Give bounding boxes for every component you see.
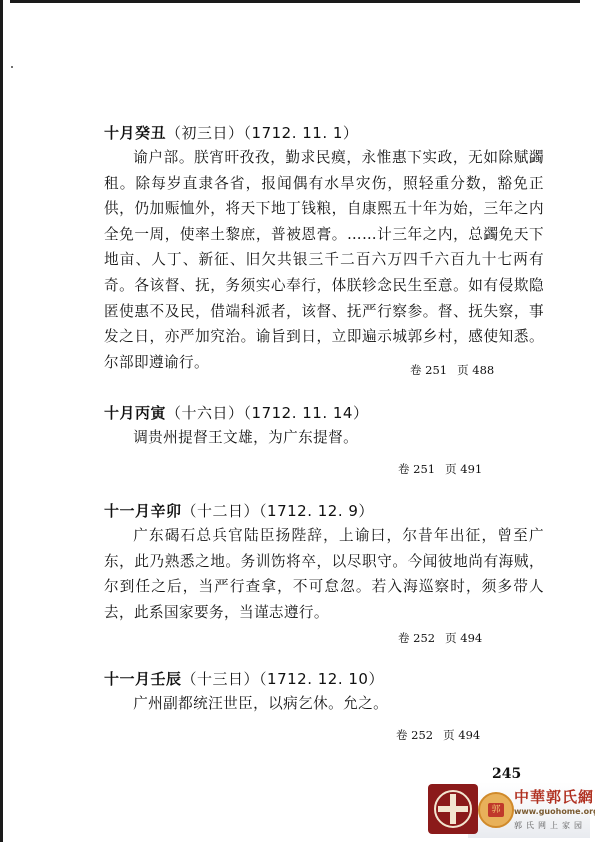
citation-page: 页 488 <box>457 363 494 377</box>
entry-text: 广州副都统汪世臣，以病乞休。允之。 <box>104 691 544 717</box>
entry-title: 十一月壬辰 <box>104 670 182 688</box>
scan-speck <box>11 66 13 68</box>
entry-gregorian-date: （1712. 12. 9） <box>259 502 374 520</box>
entry-lunar-day: （初三日） <box>166 124 244 142</box>
watermark-slogan: 郭氏网上家园 <box>514 820 586 831</box>
watermark-url: www.guohome.org <box>514 807 595 816</box>
entry-title: 十月丙寅 <box>104 404 166 422</box>
entry-title: 十月癸丑 <box>104 124 166 142</box>
entry-body-4: 广州副都统汪世臣，以病乞休。允之。 <box>104 691 544 717</box>
entry-citation-4: 卷 252页 494 <box>396 727 480 743</box>
citation-page: 页 491 <box>445 462 482 476</box>
entry-text: 广东碣石总兵官陆臣扬陛辞，上谕曰，尔昔年出征，曾至广东，此乃熟悉之地。务训饬将卒… <box>104 523 544 625</box>
entry-text: 谕户部。朕宵旰孜孜，勤求民瘼，永惟惠下实政，无如除赋蠲租。除每岁直隶各省，报闻偶… <box>104 145 544 375</box>
citation-volume: 卷 252 <box>398 631 435 645</box>
entry-heading-3: 十一月辛卯（十二日）（1712. 12. 9） <box>104 500 374 521</box>
scan-edge-top <box>10 0 580 3</box>
entry-lunar-day: （十六日） <box>166 404 244 422</box>
citation-page: 页 494 <box>445 631 482 645</box>
clan-emblem-icon <box>428 784 478 834</box>
entry-body-1: 谕户部。朕宵旰孜孜，勤求民瘼，永惟惠下实政，无如除赋蠲租。除每岁直隶各省，报闻偶… <box>104 145 544 375</box>
citation-volume: 卷 251 <box>398 462 435 476</box>
citation-page: 页 494 <box>443 728 480 742</box>
entry-heading-1: 十月癸丑（初三日）（1712. 11. 1） <box>104 122 358 143</box>
citation-volume: 卷 251 <box>410 363 447 377</box>
entry-gregorian-date: （1712. 11. 14） <box>244 404 369 422</box>
scan-edge-left <box>0 0 3 842</box>
site-watermark: 郭 中華郭氏網 www.guohome.org 郭氏网上家园 <box>428 782 590 838</box>
entry-body-2: 调贵州提督王文雄，为广东提督。 <box>104 425 544 451</box>
entry-lunar-day: （十二日） <box>182 502 260 520</box>
page-number: 245 <box>492 766 521 782</box>
entry-citation-3: 卷 252页 494 <box>398 630 482 646</box>
seal-text: 郭 <box>488 803 504 817</box>
entry-citation-1: 卷 251页 488 <box>410 362 494 378</box>
entry-gregorian-date: （1712. 12. 10） <box>259 670 384 688</box>
entry-gregorian-date: （1712. 11. 1） <box>244 124 359 142</box>
scanned-book-page: 十月癸丑（初三日）（1712. 11. 1） 谕户部。朕宵旰孜孜，勤求民瘼，永惟… <box>0 0 595 842</box>
watermark-title: 中華郭氏網 <box>514 786 594 807</box>
seal-icon: 郭 <box>478 792 514 828</box>
citation-volume: 卷 252 <box>396 728 433 742</box>
entry-heading-2: 十月丙寅（十六日）（1712. 11. 14） <box>104 402 368 423</box>
entry-body-3: 广东碣石总兵官陆臣扬陛辞，上谕曰，尔昔年出征，曾至广东，此乃熟悉之地。务训饬将卒… <box>104 523 544 625</box>
entry-lunar-day: （十三日） <box>182 670 260 688</box>
entry-title: 十一月辛卯 <box>104 502 182 520</box>
entry-heading-4: 十一月壬辰（十三日）（1712. 12. 10） <box>104 668 384 689</box>
entry-citation-2: 卷 251页 491 <box>398 461 482 477</box>
entry-text: 调贵州提督王文雄，为广东提督。 <box>104 425 544 451</box>
